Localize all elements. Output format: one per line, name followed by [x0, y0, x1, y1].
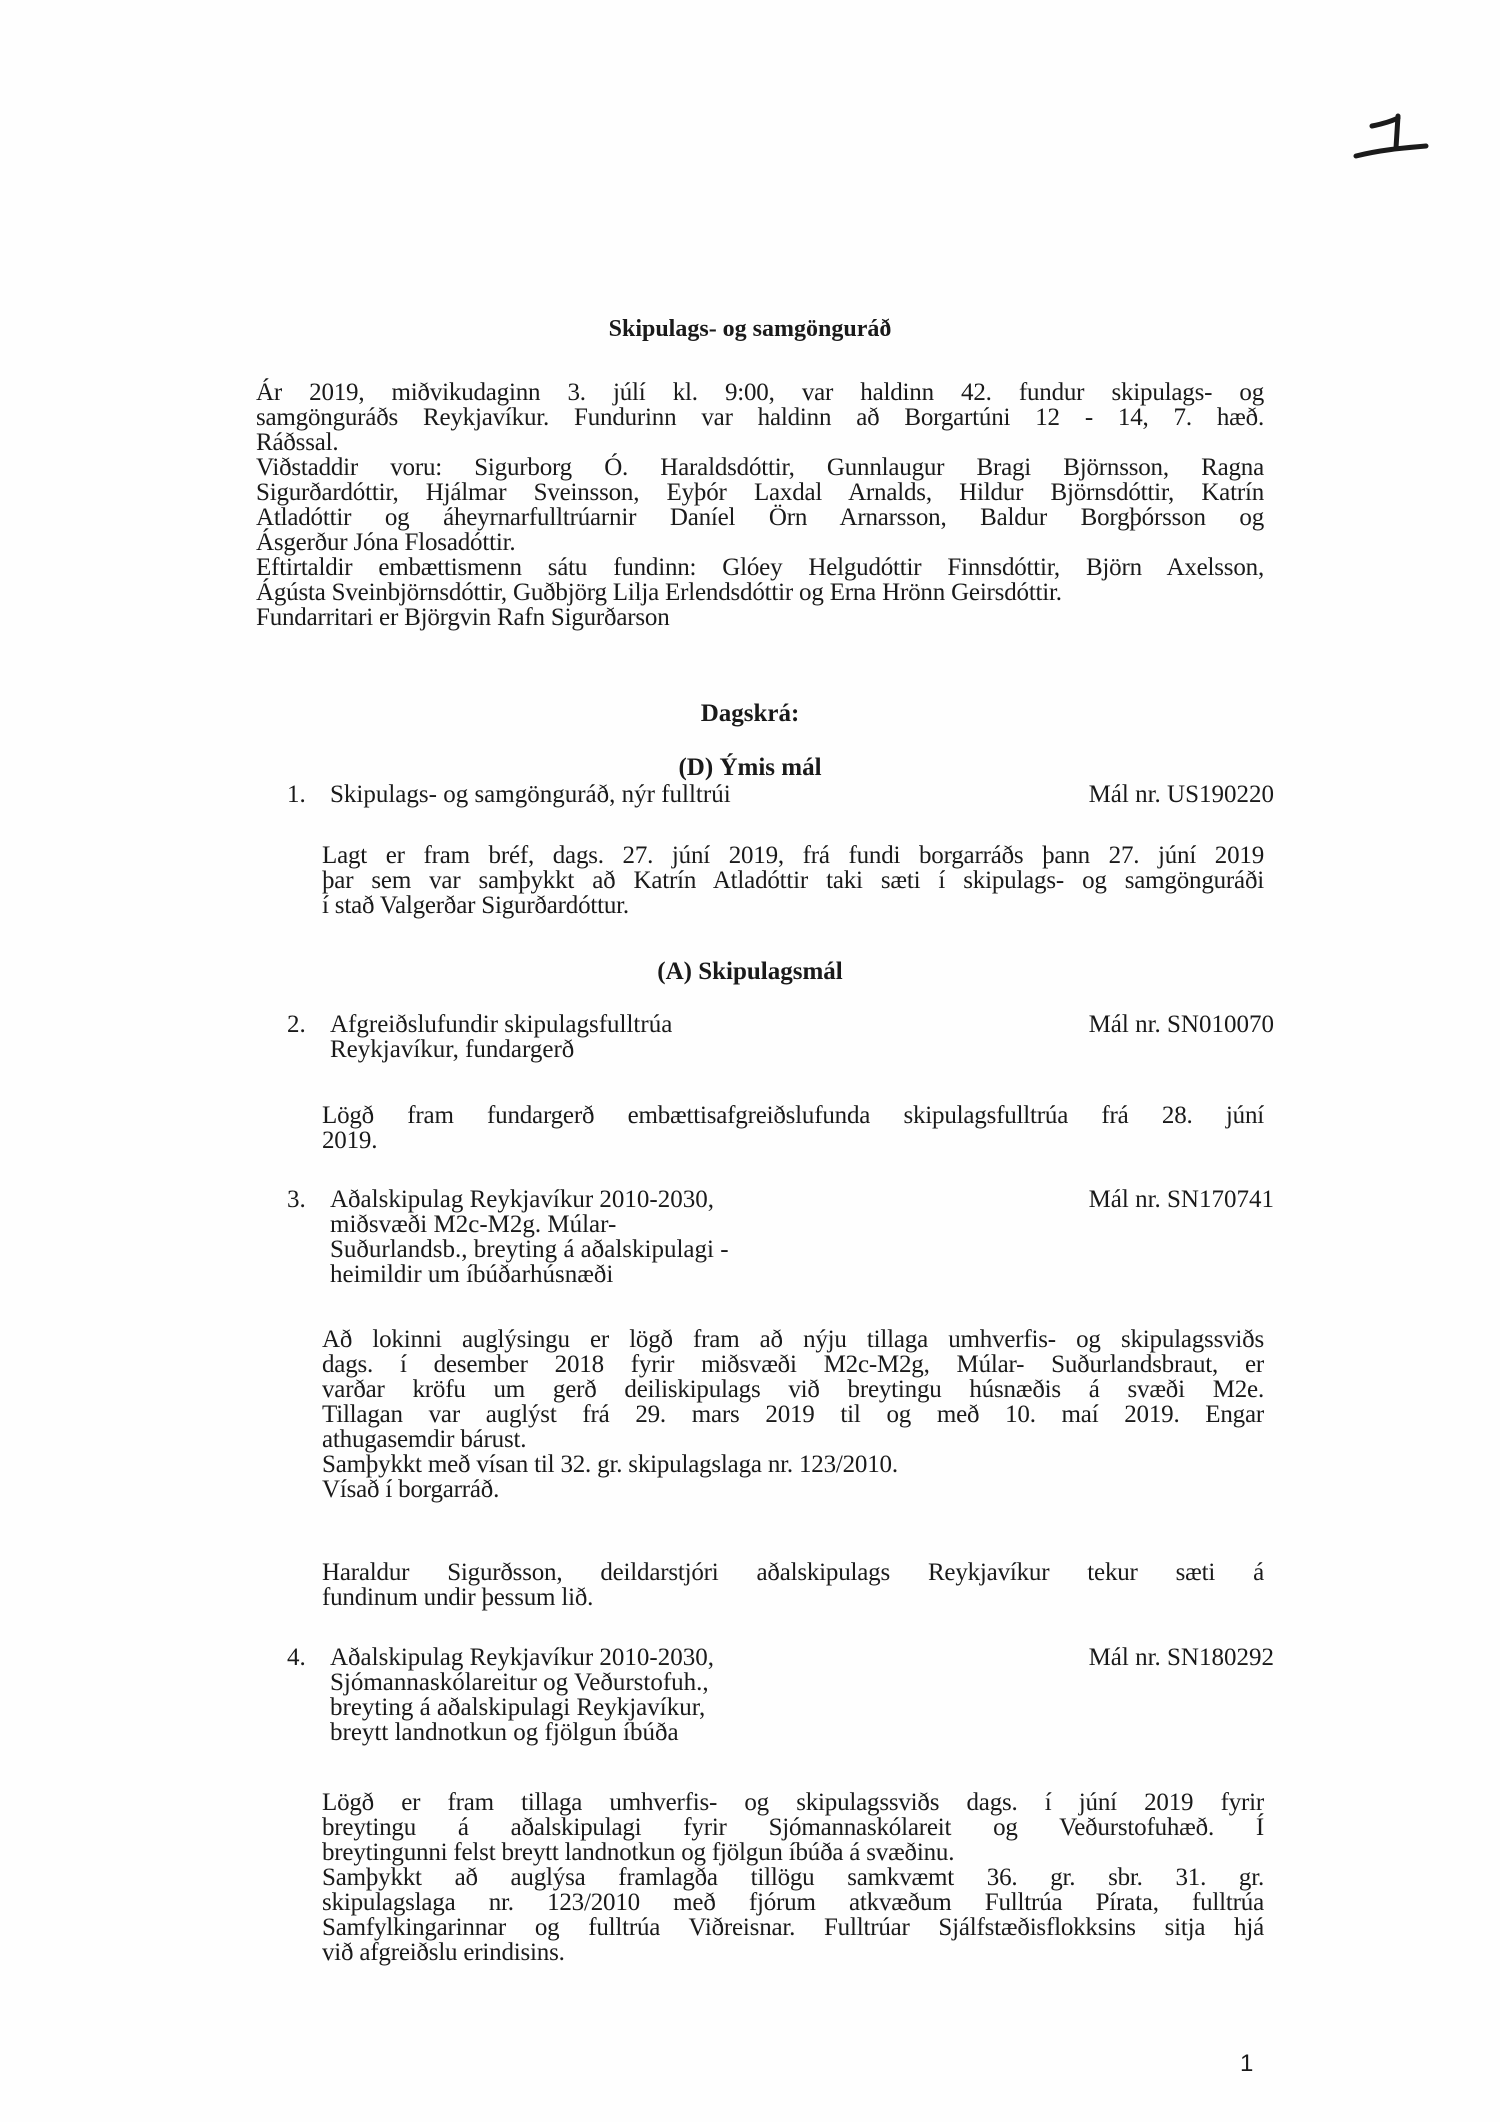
text-line: Viðstaddir voru: Sigurborg Ó. Haraldsdót…	[256, 455, 1264, 480]
item-title: Aðalskipulag Reykjavíkur 2010-2030, Sjóm…	[330, 1645, 714, 1745]
text-line: við afgreiðslu erindisins.	[322, 1940, 1264, 1965]
item-number: 2.	[287, 1012, 306, 1037]
item-2-body: Lögð fram fundargerð embættisafgreiðsluf…	[322, 1103, 1264, 1153]
item-4-body: Lögð er fram tillaga umhverfis- og skipu…	[322, 1790, 1264, 1965]
text-line: Samfylkingarinnar og fulltrúa Viðreisnar…	[322, 1915, 1264, 1940]
text-line: Að lokinni auglýsingu er lögð fram að ný…	[322, 1327, 1264, 1352]
text-line: dags. í desember 2018 fyrir miðsvæði M2c…	[322, 1352, 1264, 1377]
text-line: breytingu á aðalskipulagi fyrir Sjómanna…	[322, 1815, 1264, 1840]
text-line: Ár 2019, miðvikudaginn 3. júlí kl. 9:00,…	[256, 380, 1264, 405]
item-number: 3.	[287, 1187, 306, 1212]
text-line: Eftirtaldir embættismenn sátu fundinn: G…	[256, 555, 1264, 580]
agenda-heading: Dagskrá:	[0, 700, 1500, 728]
item-number: 1.	[287, 782, 306, 807]
item-title: Skipulags- og samgönguráð, nýr fulltrúi	[330, 782, 731, 807]
section-heading: (A) Skipulagsmál	[0, 958, 1500, 986]
text-line: Ráðssal.	[256, 430, 1264, 455]
text-line: samgönguráðs Reykjavíkur. Fundurinn var …	[256, 405, 1264, 430]
handwritten-page-number-mark	[1350, 108, 1430, 168]
item-title: Afgreiðslufundir skipulagsfulltrúa Reykj…	[330, 1012, 672, 1062]
text-line: breytingunni felst breytt landnotkun og …	[322, 1840, 1264, 1865]
item-3-body: Að lokinni auglýsingu er lögð fram að ný…	[322, 1327, 1264, 1502]
item-number: 4.	[287, 1645, 306, 1670]
item-3-note: Haraldur Sigurðsson, deildarstjóri aðals…	[322, 1560, 1264, 1610]
text-line: þar sem var samþykkt að Katrín Atladótti…	[322, 868, 1264, 893]
text-line: Sigurðardóttir, Hjálmar Sveinsson, Eyþór…	[256, 480, 1264, 505]
text-line: í stað Valgerðar Sigurðardóttur.	[322, 893, 1264, 918]
text-line: Lögð er fram tillaga umhverfis- og skipu…	[322, 1790, 1264, 1815]
text-line: athugasemdir bárust.	[322, 1427, 1264, 1452]
text-line: Samþykkt með vísan til 32. gr. skipulags…	[322, 1452, 1264, 1477]
text-line: Tillagan var auglýst frá 29. mars 2019 t…	[322, 1402, 1264, 1427]
text-line: Lagt er fram bréf, dags. 27. júní 2019, …	[322, 843, 1264, 868]
text-line: 2019.	[322, 1128, 1264, 1153]
text-line: Lögð fram fundargerð embættisafgreiðsluf…	[322, 1103, 1264, 1128]
case-number: Mál nr. SN170741	[1089, 1187, 1274, 1212]
item-title: Aðalskipulag Reykjavíkur 2010-2030, miðs…	[330, 1187, 729, 1287]
case-number: Mál nr. SN010070	[1089, 1012, 1274, 1037]
text-line: Vísað í borgarráð.	[322, 1477, 1264, 1502]
text-line: Fundarritari er Björgvin Rafn Sigurðarso…	[256, 605, 1264, 630]
text-line: Samþykkt að auglýsa framlagða tillögu sa…	[322, 1865, 1264, 1890]
scanned-page: Skipulags- og samgönguráð Ár 2019, miðvi…	[0, 0, 1500, 2122]
text-line: Ásgerður Jóna Flosadóttir.	[256, 530, 1264, 555]
document-title: Skipulags- og samgönguráð	[0, 316, 1500, 343]
section-heading: (D) Ýmis mál	[0, 754, 1500, 782]
case-number: Mál nr. US190220	[1089, 782, 1274, 807]
text-line: skipulagslaga nr. 123/2010 með fjórum at…	[322, 1890, 1264, 1915]
text-line: fundinum undir þessum lið.	[322, 1585, 1264, 1610]
page-number: 1	[1240, 2050, 1253, 2078]
text-line: Ágústa Sveinbjörnsdóttir, Guðbjörg Lilja…	[256, 580, 1264, 605]
item-1-body: Lagt er fram bréf, dags. 27. júní 2019, …	[322, 843, 1264, 918]
case-number: Mál nr. SN180292	[1089, 1645, 1274, 1670]
meeting-intro: Ár 2019, miðvikudaginn 3. júlí kl. 9:00,…	[256, 380, 1264, 630]
text-line: Atladóttir og áheyrnarfulltrúarnir Daníe…	[256, 505, 1264, 530]
text-line: Haraldur Sigurðsson, deildarstjóri aðals…	[322, 1560, 1264, 1585]
text-line: varðar kröfu um gerð deiliskipulags við …	[322, 1377, 1264, 1402]
